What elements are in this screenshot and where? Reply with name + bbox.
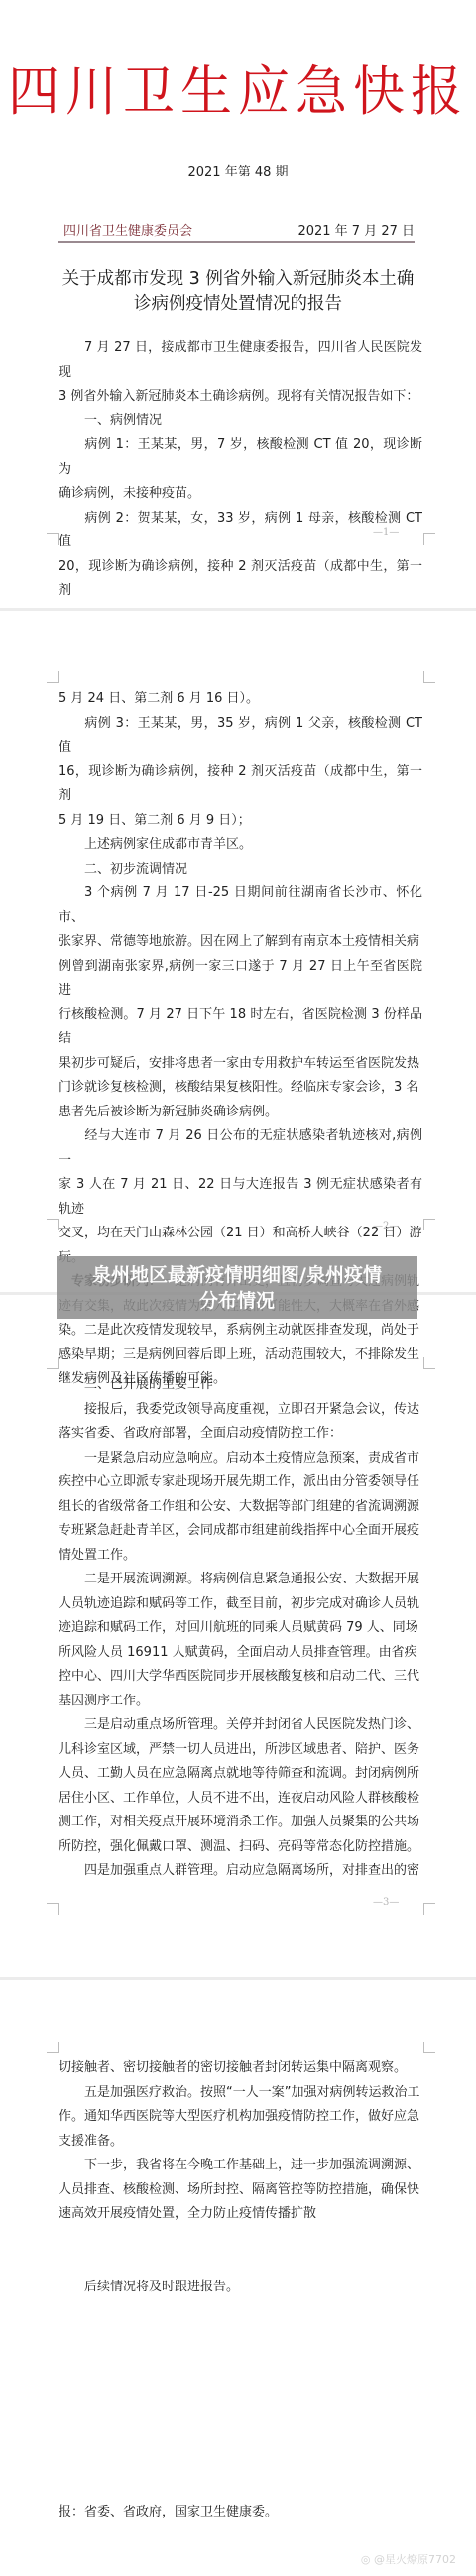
issue-date: 2021 年 7 月 27 日 [297,220,415,239]
trace-line: 患者先后被诊断为新冠肺炎确诊病例。 [59,1101,422,1125]
case-line: 5 月 24 日、第二剂 6 月 16 日）。 [59,687,422,712]
work-line: 专班紧急赶赴青羊区，会同成都市组建前线指挥中心全面开展疫 [59,1519,422,1544]
case-line: 5 月 19 日、第二剂 6 月 9 日）； [59,809,422,834]
section-heading: 一、病例情况 [59,410,422,434]
trace-line: 3 个病例 7 月 17 日-25 日期间前往湖南省长沙市、怀化市、 [59,881,422,930]
report-title-line-2: 诊病例疫情处置情况的报告 [50,292,426,317]
page-corner-mark [423,671,435,683]
page-corner-mark [47,671,59,683]
work-line: 二是开展流调溯源。将病例信息紧急通报公安、大数据开展 [59,1568,422,1592]
dalian-line: 经与大连市 7 月 26 日公布的无症状感染者轨迹核对,病例一 [59,1124,422,1173]
work-line: 控中心、四川大学华西医院同步开展核酸复核和启动二代、三代 [59,1665,422,1690]
work-line: 居住小区、工作单位，人员不进不出，连夜启动风险人群核酸检 [59,1787,422,1812]
page-corner-mark [423,1903,435,1915]
page-corner-mark [47,1357,59,1369]
case-line: 病例 3：王某某，男，35 岁，病例 1 父亲，核酸检测 CT 值 [59,712,422,761]
work-line: 迹追踪和赋码工作，对回川航班的同乘人员赋黄码 79 人、同场 [59,1616,422,1641]
trace-line: 张家界、常德等地旅游。因在网上了解到有南京本土疫情相关病 [59,930,422,955]
work-line: 组长的省级常备工作组和公安、大数据等部门组建的省流调溯源 [59,1495,422,1520]
work-line: 支援准备。 [59,2130,422,2155]
case-line: 确诊病例，未接种疫苗。 [59,482,422,507]
masthead-title: 四川卫生应急快报 [0,56,476,129]
trace-line: 果初步可疑后，安排将患者一家由专用救护车转运至省医院发热 [59,1052,422,1077]
dalian-line: 家 3 人在 7 月 21 日、22 日与大连报告 3 例无症状感染者有轨迹 [59,1173,422,1222]
work-line: 一是紧急启动应急响应。启动本土疫情应急预案，责成省市 [59,1447,422,1471]
work-line: 五是加强医疗救治。按照“一人一案”加强对病例转运救治工 [59,2081,422,2106]
work-line: 四是加强重点人群管理。启动应急隔离场所，对排查出的密 [59,1859,422,1884]
page3-body: 三、已开展的主要工作 接报后，我委党政领导高度重视，立即召开紧急会议，传达 落实… [59,1373,422,1884]
work-line: 情处置工作。 [59,1544,422,1569]
watermark-text: @星火燎原7702 [374,2553,456,2566]
intro-line: 7 月 27 日，接成都市卫生健康委报告，四川省人民医院发现 [59,336,422,385]
section-heading: 三、已开展的主要工作 [59,1373,422,1398]
work-line: 所防控，强化佩戴口罩、测温、扫码、亮码等常态化防控措施。 [59,1835,422,1860]
banner-line-2: 分布情况 [57,1288,417,1314]
weibo-icon: ◎ [361,2553,371,2566]
intro-line: 3 例省外输入新冠肺炎本土确诊病例。现将有关情况报告如下： [59,385,422,410]
page-corner-mark [47,533,59,545]
report-title: 关于成都市发现 3 例省外输入新冠肺炎本土确 诊病例疫情处置情况的报告 [50,266,426,317]
expert-line: 感染早期；三是病例回蓉后即上班，活动范围较大，不排除发生 [59,1344,422,1368]
page1-body: 7 月 27 日，接成都市卫生健康委报告，四川省人民医院发现 3 例省外输入新冠… [59,336,422,604]
case-line: 16，现诊断为确诊病例，接种 2 剂灭活疫苗（成都中生，第一剂 [59,761,422,809]
trace-line: 行核酸检测。7 月 27 日下午 18 时左右，省医院检测 3 份样品结 [59,1003,422,1052]
work-line: 人员、工勤人员在应急隔离点就地等待筛查和流调。封闭病例所 [59,1762,422,1787]
header-rule [58,241,415,243]
page-corner-mark [47,1903,59,1915]
work-line: 切接触者、密切接触者的密切接触者封闭转运集中隔离观察。 [59,2056,422,2081]
next-step-line: 速高效开展疫情处置，全力防止疫情传播扩散 [59,2202,422,2227]
section-heading: 二、初步流调情况 [59,858,422,882]
work-line: 接报后，我委党政领导高度重视，立即召开紧急会议，传达 [59,1398,422,1423]
cc-line: 报：省委、省政府，国家卫生健康委。 [59,2501,422,2525]
page4-body: 切接触者、密切接触者的密切接触者封闭转运集中隔离观察。 五是加强医疗救治。按照“… [59,2056,422,2227]
followup-line: 后续情况将及时跟进报告。 [59,2276,422,2300]
case-line: 病例 2：贺某某，女，33 岁，病例 1 母亲，核酸检测 CT 值 [59,507,422,555]
work-line: 疾控中心立即派专家赴现场开展先期工作，派出由分管委领导任 [59,1470,422,1495]
work-line: 作。通知华西医院等大型医疗机构加强疫情防控工作，做好应急 [59,2105,422,2130]
page-corner-mark [423,1357,435,1369]
work-line: 基因测序工作。 [59,1690,422,1714]
case-line: 病例 1：王某某，男，7 岁，核酸检测 CT 值 20，现诊断为 [59,433,422,482]
page-separator [0,1977,476,1980]
watermark: ◎ @星火燎原7702 [361,2551,456,2567]
work-line: 儿科诊室区域，严禁一切人员进出，所涉区域患者、陪护、医务 [59,1738,422,1763]
page-corner-mark [423,533,435,545]
page-corner-mark [47,2042,59,2053]
dalian-line: 交叉，均在天门山森林公园（21 日）和高桥大峡谷（22 日）游 [59,1222,422,1246]
page-corner-mark [47,1219,59,1230]
page-number: —3— [373,1897,399,1908]
page-corner-mark [423,2042,435,2053]
case-line: 20，现诊断为确诊病例，接种 2 剂灭活疫苗（成都中生，第一剂 [59,555,422,604]
residence-line: 上述病例家住成都市青羊区。 [59,833,422,858]
trace-line: 例曾到湖南张家界,病例一家三口遂于 7 月 27 日上午至省医院进 [59,955,422,1003]
report-title-line-1: 关于成都市发现 3 例省外输入新冠肺炎本土确 [50,266,426,292]
page-corner-mark [423,1219,435,1230]
banner-line-1: 泉州地区最新疫情明细图/泉州疫情 [57,1262,417,1288]
trace-line: 门诊就诊复核检测，核酸结果复核阳性。经临床专家会诊，3 名 [59,1076,422,1101]
overlay-caption-banner: 泉州地区最新疫情明细图/泉州疫情 分布情况 [57,1256,417,1319]
work-line: 人员轨迹追踪和赋码等工作，截至目前，初步完成对确诊人员轨 [59,1592,422,1617]
next-step-line: 下一步，我省将在今晚工作基础上，进一步加强流调溯源、 [59,2154,422,2178]
issue-number: 2021 年第 48 期 [0,161,476,179]
page-number: —2— [373,1221,399,1231]
page-number: —1— [373,527,399,538]
work-line: 三是启动重点场所管理。关停并封闭省人民医院发热门诊、 [59,1713,422,1738]
work-line: 所风险人员 16911 人赋黄码，全面启动人员排查管理。由省疾 [59,1641,422,1666]
expert-line: 染。二是此次疫情发现较早，系病例主动就医排查发现，尚处于 [59,1319,422,1344]
issuer-name: 四川省卫生健康委员会 [63,220,192,239]
next-step-line: 人员排查、核酸检测、场所封控、隔离管控等防控措施，确保快 [59,2178,422,2203]
work-line: 落实省委、省政府部署，全面启动疫情防控工作： [59,1422,422,1447]
work-line: 测工作，对相关疫点开展环境消杀工作。加强人员聚集的公共场 [59,1811,422,1835]
page-separator [0,608,476,611]
